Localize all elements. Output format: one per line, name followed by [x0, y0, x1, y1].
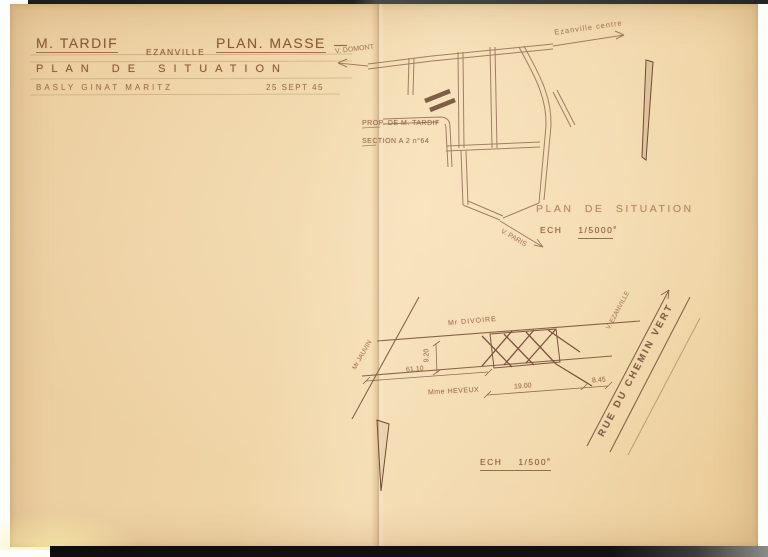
property-owner-note-line2: SECTION A 2 n°64 [362, 138, 429, 145]
bottom-sliver [377, 420, 389, 491]
situation-plan-scale: ECH 1/5000e [540, 226, 618, 235]
scale-value: 1/500 [518, 457, 547, 467]
property-mark [425, 91, 455, 110]
title-owner: M. TARDIF [36, 36, 118, 53]
title-authors: BASLY GINAT MARITZ [36, 84, 173, 92]
scale-label: ECH [540, 225, 562, 235]
parcel-plan-scale: ECH 1/500e [480, 458, 551, 471]
title-date: 25 SEPT 45 [266, 84, 324, 92]
scale-value: 1/5000 [578, 225, 613, 239]
title-commune: EZANVILLE [146, 48, 205, 57]
scanned-plan-sheet: M. TARDIF EZANVILLE PLAN. MASSE — PLAN D… [0, 0, 768, 557]
right-sliver [642, 60, 653, 160]
title-drawing: PLAN. MASSE [216, 36, 326, 53]
dimension-lines [363, 341, 612, 398]
situation-plan-caption: PLAN DE SITUATION [536, 204, 694, 215]
dim-right: 8.45 [592, 377, 606, 385]
dim-parcel-width: 19.00 [514, 382, 532, 390]
scale-label: ECH [480, 457, 502, 467]
parcel-hatch [482, 329, 592, 386]
dim-width-left: 61.10 [406, 365, 424, 373]
dim-height: 9.20 [423, 349, 430, 363]
title-subtitle: PLAN DE SITUATION [36, 64, 288, 75]
property-owner-note-line1: PROP. DE M. TARDIF [362, 120, 440, 127]
scale-sup: e [613, 225, 617, 231]
parcel-plan-linework [352, 290, 700, 455]
scan-edge-bottom [50, 546, 768, 557]
scale-sup: e [547, 457, 551, 463]
